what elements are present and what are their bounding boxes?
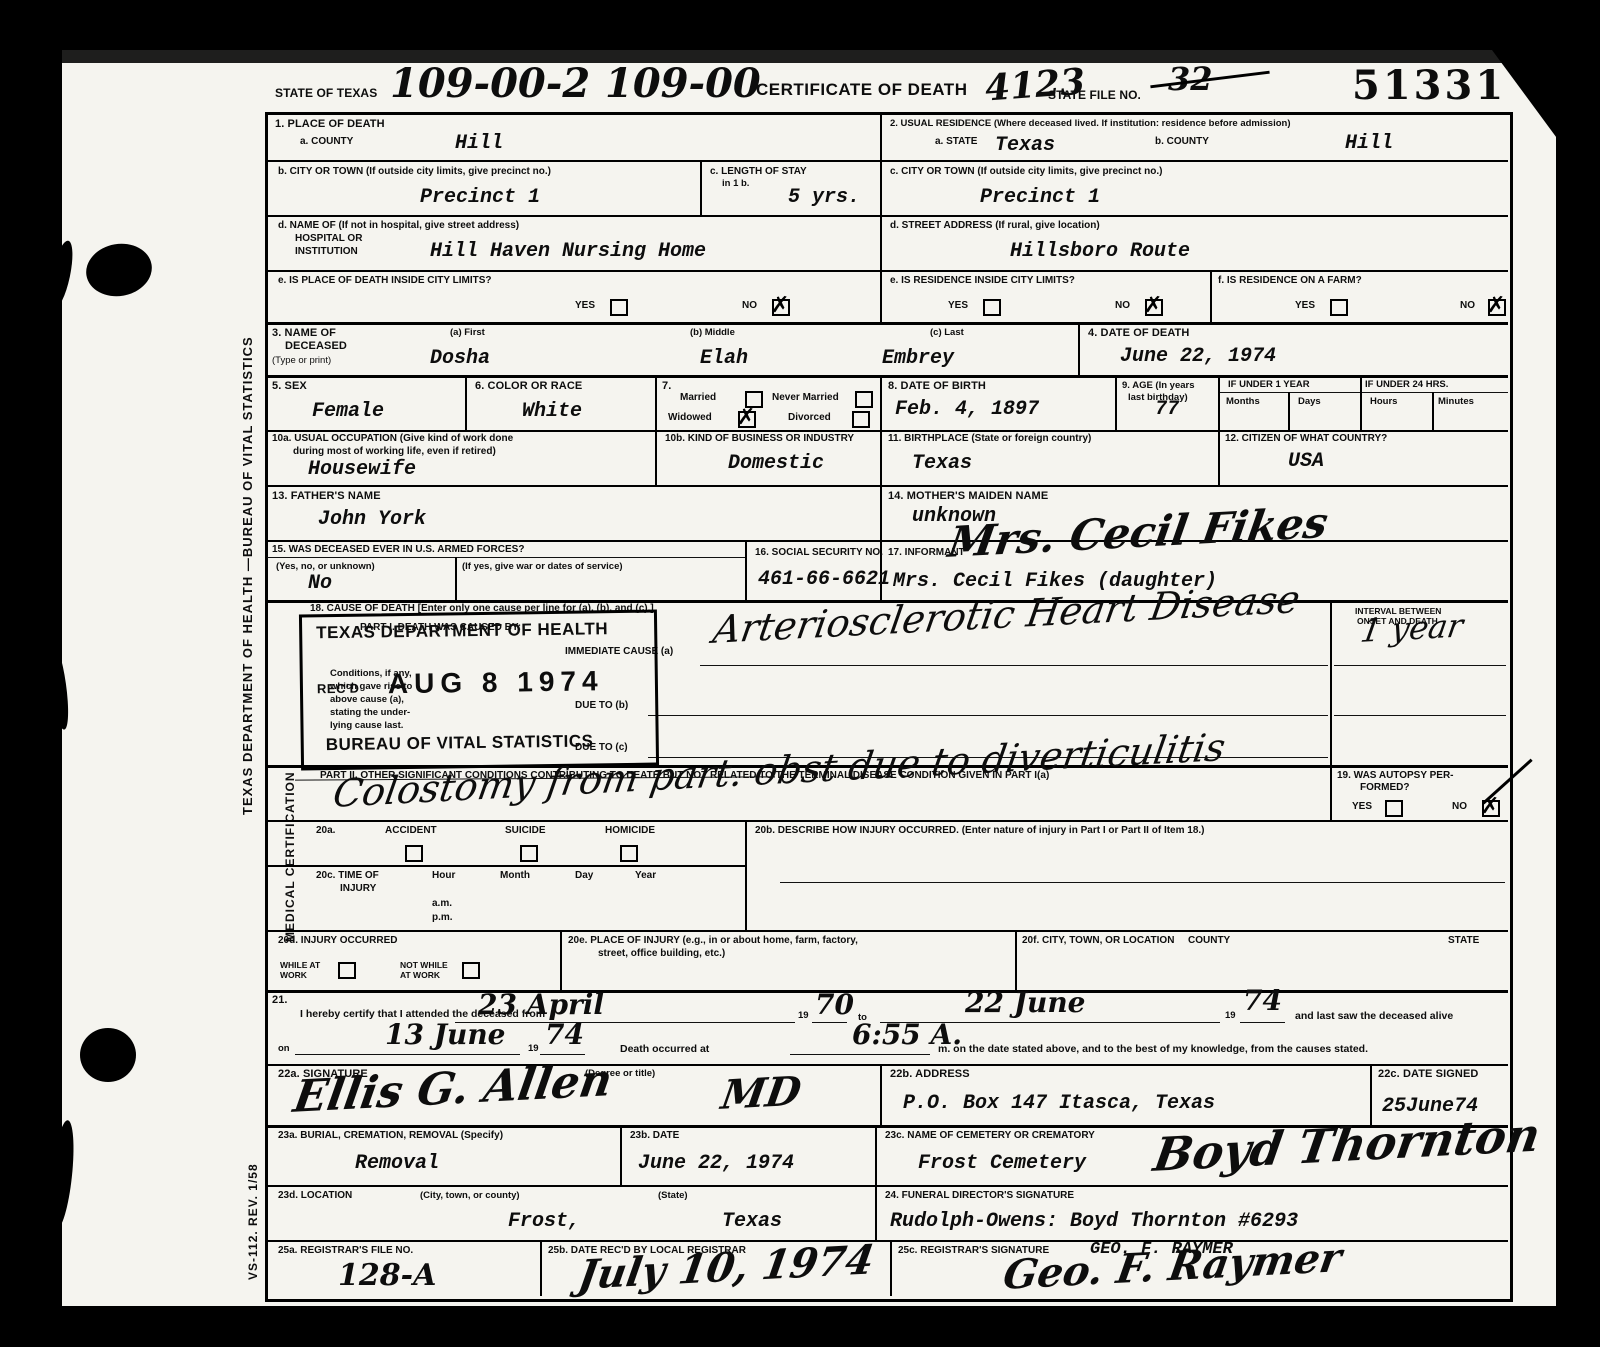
occupation-label: 10a. USUAL OCCUPATION (Give kind of work… [272, 433, 513, 444]
burial-date-label: 23b. DATE [630, 1130, 679, 1141]
received-stamp: TEXAS DEPARTMENT OF HEALTH REC'D AUG 8 1… [299, 610, 659, 771]
margin-form-code: VS-112. REV. 1/58 [246, 1110, 260, 1280]
burial-label: 23a. BURIAL, CREMATION, REMOVAL (Specify… [278, 1130, 503, 1141]
place-of-death-label: 1. PLACE OF DEATH [275, 118, 385, 130]
burial-date-value: June 22, 1974 [638, 1152, 794, 1175]
not-while-at-work-checkbox [462, 962, 480, 979]
stamp-line-3: BUREAU OF VITAL STATISTICS [326, 731, 594, 755]
grid-line [745, 820, 747, 930]
handwritten-code-1: 109-00-2 [390, 60, 590, 107]
stamp-date: AUG 8 1974 [388, 665, 604, 700]
no-label: NO [742, 300, 757, 311]
registrar-file-no-label: 25a. REGISTRAR'S FILE NO. [278, 1245, 413, 1256]
grid-line [560, 930, 562, 990]
x-mark: ✗ [771, 293, 789, 318]
residence-county-label: b. COUNTY [1155, 136, 1209, 147]
degree-label: (Degree or title) [585, 1068, 655, 1079]
homicide-label: HOMICIDE [605, 825, 655, 836]
grid-line [880, 1064, 882, 1125]
grid-line [1218, 430, 1220, 485]
residence-farm-no-checkbox: ✗ [1488, 299, 1506, 316]
injury-city-label: 20f. CITY, TOWN, OR LOCATION [1022, 935, 1174, 946]
hospital-label-3: INSTITUTION [295, 246, 358, 257]
grid-line [267, 160, 1508, 162]
entry-line [648, 715, 1328, 716]
attended-to-value: 22 June [965, 986, 1086, 1019]
if-under-1-year-label: IF UNDER 1 YEAR [1228, 379, 1310, 390]
city-or-town-label: b. CITY OR TOWN (If outside city limits,… [278, 166, 551, 177]
days-label: Days [1298, 396, 1321, 407]
scan-top-edge [38, 50, 1556, 63]
time-of-injury-label-2: INJURY [340, 883, 376, 894]
injury-occurred-label: 20d. INJURY OCCURRED [278, 935, 397, 946]
fathers-name-label: 13. FATHER'S NAME [272, 490, 381, 502]
grid-line [1360, 375, 1362, 430]
work-label: WORK [280, 970, 307, 980]
certify-text-3: m. on the date stated above, and to the … [938, 1043, 1368, 1055]
am-label: a.m. [432, 898, 452, 909]
grid-line [700, 160, 702, 215]
x-mark: ✗ [1144, 293, 1162, 318]
injury-county-label: COUNTY [1188, 935, 1230, 946]
citizen-value: USA [1288, 450, 1324, 473]
name-of-deceased-label: 3. NAME OF [272, 327, 336, 339]
divorced-checkbox [852, 411, 870, 428]
x-mark: ✗ [737, 405, 755, 430]
entry-line [1334, 715, 1506, 716]
burial-location-label: 23d. LOCATION [278, 1190, 352, 1201]
place-of-injury-label-2: street, office building, etc.) [598, 948, 725, 959]
residence-state-value: Texas [995, 134, 1055, 157]
entry-line [1334, 665, 1506, 666]
last-name-value: Embrey [882, 347, 954, 370]
grid-line [1218, 375, 1220, 430]
grid-line [267, 215, 1508, 217]
grid-line [267, 322, 1508, 325]
fathers-name-value: John York [318, 508, 426, 531]
last-name-label: (c) Last [930, 327, 964, 338]
accident-section-label: 20a. [316, 825, 335, 836]
on-label: on [278, 1043, 290, 1054]
mothers-maiden-name-label: 14. MOTHER'S MAIDEN NAME [888, 490, 1048, 502]
registrar-file-no-value: 128-A [338, 1258, 436, 1293]
death-city-limits-no-checkbox: ✗ [772, 299, 790, 316]
yes-label: YES [1295, 300, 1315, 311]
grid-line [267, 1185, 1508, 1187]
county-value: Hill [455, 132, 503, 155]
margin-department-text: TEXAS DEPARTMENT OF HEALTH —BUREAU OF VI… [240, 125, 255, 815]
residence-city-limits-no-checkbox: ✗ [1145, 299, 1163, 316]
grid-line [1015, 930, 1017, 990]
minutes-label: Minutes [1438, 396, 1474, 407]
handwritten-code-2: 109-00 [605, 60, 761, 107]
month-label: Month [500, 870, 530, 881]
accident-checkbox [405, 845, 423, 862]
divorced-label: Divorced [788, 412, 831, 423]
registration-number: 51331 [1352, 62, 1506, 109]
first-name-label: (a) First [450, 327, 485, 338]
year-label: Year [635, 870, 656, 881]
grid-line [890, 1240, 892, 1296]
suicide-checkbox [520, 845, 538, 862]
x-mark: ✗ [1487, 293, 1505, 318]
color-race-label: 6. COLOR OR RACE [475, 380, 582, 392]
grid-line [880, 112, 882, 322]
funeral-director-value: Rudolph-Owens: Boyd Thornton #6293 [890, 1210, 1298, 1233]
homicide-checkbox [620, 845, 638, 862]
county-label: a. COUNTY [300, 136, 353, 147]
middle-name-value: Elah [700, 347, 748, 370]
state-file-no-label: STATE FILE NO. [1048, 88, 1141, 102]
autopsy-yes-checkbox [1385, 800, 1403, 817]
length-of-stay-value: 5 yrs. [788, 186, 860, 209]
color-race-value: White [522, 400, 582, 423]
date-of-birth-value: Feb. 4, 1897 [895, 398, 1039, 421]
hospital-label: d. NAME OF (If not in hospital, give str… [278, 220, 519, 231]
grid-line [267, 930, 1508, 932]
date-signed-label: 22c. DATE SIGNED [1378, 1068, 1478, 1080]
death-city-limits-yes-checkbox [610, 299, 628, 316]
year-19-prefix: 19 [1225, 1010, 1236, 1021]
armed-forces-sub1: (Yes, no, or unknown) [276, 561, 375, 572]
entry-line [1240, 1022, 1285, 1023]
residence-city-label: c. CITY OR TOWN (If outside city limits,… [890, 166, 1162, 177]
suicide-label: SUICIDE [505, 825, 546, 836]
physician-address-label: 22b. ADDRESS [890, 1068, 970, 1080]
grid-line [1210, 270, 1212, 322]
scanned-death-certificate: TEXAS DEPARTMENT OF HEALTH —BUREAU OF VI… [0, 0, 1600, 1347]
grid-line [1432, 392, 1434, 430]
residence-city-limits-yes-checkbox [983, 299, 1001, 316]
burial-location-sub1: (City, town, or county) [420, 1190, 520, 1201]
usual-residence-label: 2. USUAL RESIDENCE (Where deceased lived… [890, 118, 1291, 129]
burial-location-sub2: (State) [658, 1190, 688, 1201]
attended-from-year: 70 [815, 988, 854, 1021]
date-of-birth-label: 8. DATE OF BIRTH [888, 380, 986, 392]
while-at-work-checkbox [338, 962, 356, 979]
autopsy-label: 19. WAS AUTOPSY PER- [1337, 770, 1454, 781]
entry-line [790, 1054, 930, 1055]
yes-label: YES [948, 300, 968, 311]
grid-line [1078, 322, 1080, 375]
alive-on-value: 13 June [385, 1018, 506, 1051]
residence-city-limits-label: e. IS RESIDENCE INSIDE CITY LIMITS? [890, 275, 1075, 286]
handwritten-number: 4123 [984, 61, 1087, 110]
certify-section-label: 21. [272, 994, 288, 1006]
widowed-checkbox: ✗ [738, 411, 756, 428]
grid-line [540, 1240, 542, 1296]
grid-line [880, 375, 882, 600]
grid-line [1115, 375, 1117, 430]
grid-line [267, 990, 1508, 993]
grid-line [655, 430, 657, 485]
year-19-prefix: 19 [798, 1010, 809, 1021]
age-label: 9. AGE (In years [1122, 380, 1195, 391]
occupation-label-2: during most of working life, even if ret… [293, 446, 496, 457]
grid-line [267, 485, 1508, 487]
armed-forces-value: No [308, 572, 332, 595]
birthplace-value: Texas [912, 452, 972, 475]
hour-label: Hour [432, 870, 455, 881]
describe-injury-label: 20b. DESCRIBE HOW INJURY OCCURRED. (Ente… [755, 825, 1205, 836]
birthplace-label: 11. BIRTHPLACE (State or foreign country… [888, 433, 1091, 444]
residence-county-value: Hill [1345, 132, 1393, 155]
widowed-label: Widowed [668, 412, 712, 423]
grid-line [875, 1125, 877, 1240]
state-of-texas-label: STATE OF TEXAS [275, 86, 377, 100]
months-label: Months [1226, 396, 1260, 407]
alive-on-year: 74 [545, 1018, 584, 1051]
street-address-value: Hillsboro Route [1010, 240, 1190, 263]
burial-location-city: Frost, [508, 1210, 580, 1233]
grid-line [620, 1125, 622, 1185]
burial-value: Removal [355, 1152, 439, 1175]
type-or-print-label: (Type or print) [272, 355, 331, 366]
while-at-label: WHILE AT [280, 960, 320, 970]
grid-line [267, 430, 1508, 432]
interval-value: 1 year [1358, 606, 1466, 650]
residence-city-value: Precinct 1 [980, 186, 1100, 209]
armed-forces-label: 15. WAS DECEASED EVER IN U.S. ARMED FORC… [272, 544, 524, 555]
grid-line [1288, 392, 1290, 430]
armed-forces-sub2: (If yes, give war or dates of service) [462, 561, 623, 572]
grid-line [267, 270, 1508, 272]
grid-line [267, 820, 1508, 822]
grid-line [465, 375, 467, 430]
grid-line [745, 540, 747, 600]
no-label: NO [1460, 300, 1475, 311]
grid-line [267, 865, 745, 867]
name-of-deceased-label-2: DECEASED [285, 340, 347, 352]
date-of-death-value: June 22, 1974 [1120, 345, 1276, 368]
place-of-injury-label: 20e. PLACE OF INJURY (e.g., in or about … [568, 935, 858, 946]
business-industry-value: Domestic [728, 452, 824, 475]
length-of-stay-label: c. LENGTH OF STAY [710, 166, 807, 177]
pm-label: p.m. [432, 912, 453, 923]
no-label: NO [1115, 300, 1130, 311]
autopsy-label-2: FORMED? [1360, 782, 1409, 793]
death-occurred-label: Death occurred at [620, 1043, 709, 1055]
cemetery-value: Frost Cemetery [918, 1152, 1086, 1175]
accident-label: ACCIDENT [385, 825, 437, 836]
no-label: NO [1452, 801, 1467, 812]
attended-from-value: 23 April [478, 988, 604, 1021]
age-value: 77 [1155, 398, 1179, 421]
business-industry-label: 10b. KIND OF BUSINESS OR INDUSTRY [665, 433, 854, 444]
entry-line [295, 1054, 520, 1055]
stamp-line-1: TEXAS DEPARTMENT OF HEALTH [316, 619, 608, 643]
entry-line [455, 1022, 795, 1023]
death-city-limits-label: e. IS PLACE OF DEATH INSIDE CITY LIMITS? [278, 275, 492, 286]
injury-state-label: STATE [1448, 935, 1479, 946]
day-label: Day [575, 870, 593, 881]
never-married-checkbox [855, 391, 873, 408]
grid-line [655, 375, 657, 430]
entry-line [780, 882, 1505, 883]
stamp-recd: REC'D [317, 681, 360, 697]
grid-line [455, 557, 457, 600]
burial-location-state: Texas [722, 1210, 782, 1233]
hole-punch [80, 1028, 136, 1082]
time-of-injury-label: 20c. TIME OF [316, 870, 379, 881]
residence-state-label: a. STATE [935, 136, 977, 147]
attended-to-year: 74 [1243, 984, 1282, 1017]
if-under-24-hrs-label: IF UNDER 24 HRS. [1365, 379, 1448, 390]
city-or-town-value: Precinct 1 [420, 186, 540, 209]
hours-label: Hours [1370, 396, 1397, 407]
marital-status-label: 7. [662, 380, 671, 392]
entry-line [812, 1022, 847, 1023]
funeral-director-label: 24. FUNERAL DIRECTOR'S SIGNATURE [885, 1190, 1074, 1201]
ssn-label: 16. SOCIAL SECURITY NO. [755, 547, 883, 558]
residence-farm-label: f. IS RESIDENCE ON A FARM? [1218, 275, 1362, 286]
ssn-value: 461-66-6621 [758, 568, 890, 591]
date-of-death-label: 4. DATE OF DEATH [1088, 327, 1189, 339]
street-address-label: d. STREET ADDRESS (If rural, give locati… [890, 220, 1100, 231]
grid-line [1330, 600, 1332, 820]
grid-line [267, 557, 745, 558]
middle-name-label: (b) Middle [690, 327, 735, 338]
sex-label: 5. SEX [272, 380, 307, 392]
certificate-title: CERTIFICATE OF DEATH [756, 80, 967, 100]
certify-text-2: and last saw the deceased alive [1295, 1010, 1453, 1022]
never-married-label: Never Married [772, 392, 839, 403]
married-label: Married [680, 392, 716, 403]
hospital-label-2: HOSPITAL OR [295, 233, 362, 244]
grid-line [267, 375, 1508, 378]
length-of-stay-sublabel: in 1 b. [722, 178, 749, 189]
yes-label: YES [1352, 801, 1372, 812]
entry-line [540, 1054, 585, 1055]
year-19-prefix: 19 [528, 1043, 539, 1054]
residence-farm-yes-checkbox [1330, 299, 1348, 316]
yes-label: YES [575, 300, 595, 311]
sex-value: Female [312, 400, 384, 423]
at-work-label: AT WORK [400, 970, 440, 980]
grid-line [1218, 392, 1508, 393]
hospital-value: Hill Haven Nursing Home [430, 240, 706, 263]
cemetery-label: 23c. NAME OF CEMETERY OR CREMATORY [885, 1130, 1095, 1141]
physician-address-value: P.O. Box 147 Itasca, Texas [903, 1092, 1215, 1115]
not-while-label: NOT WHILE [400, 960, 448, 970]
citizen-label: 12. CITIZEN OF WHAT COUNTRY? [1225, 433, 1387, 444]
degree-value: MD [718, 1067, 804, 1119]
first-name-value: Dosha [430, 347, 490, 370]
occupation-value: Housewife [308, 458, 416, 481]
entry-line [700, 665, 1328, 666]
